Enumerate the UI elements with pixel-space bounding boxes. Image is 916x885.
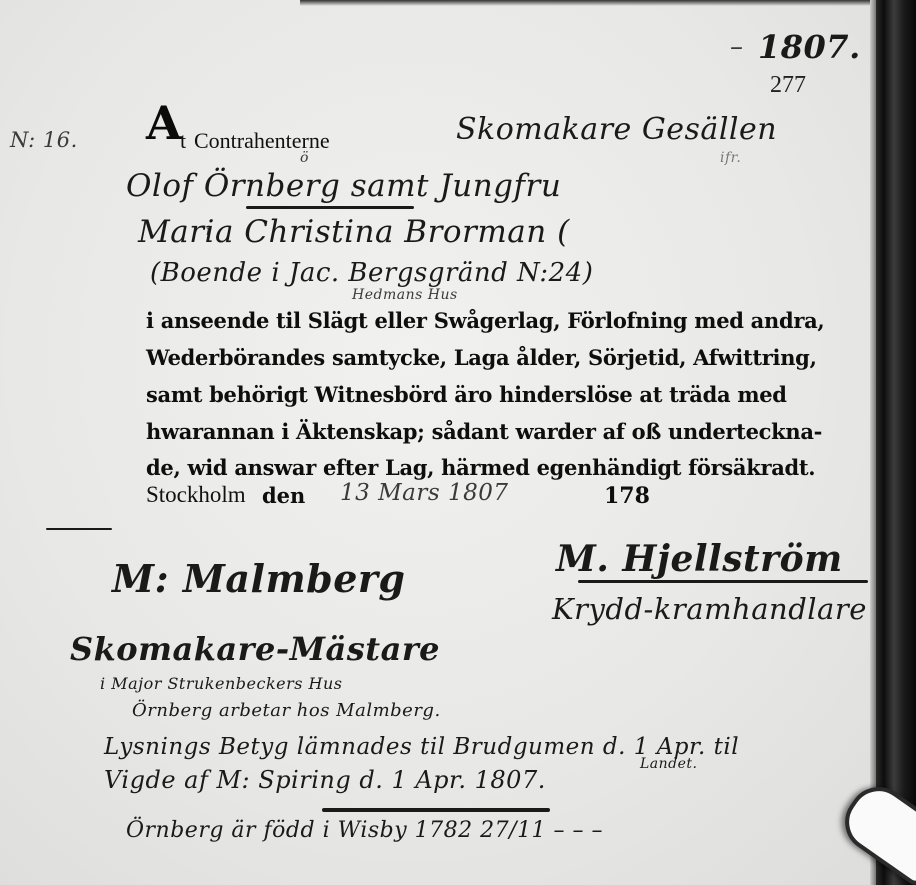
printed-den: den <box>262 483 305 508</box>
book-binding <box>876 0 916 885</box>
printed-body-line-1: i anseende til Slägt eller Swågerlag, Fö… <box>146 308 824 333</box>
initial-rest: t <box>180 128 186 154</box>
signature-hjellstrom-underline <box>578 580 868 583</box>
year-dash: – <box>730 32 744 62</box>
printed-body-line-5: de, wid answar efter Lag, härmed egenhän… <box>146 455 815 480</box>
page-number: 277 <box>770 72 806 99</box>
handwritten-date: 13 Mars 1807 <box>340 480 508 506</box>
faint-margin-mark: ifr. <box>720 150 741 166</box>
signature-malmberg-title: Skomakare-Mästare <box>70 630 440 668</box>
signature-malmberg: M: Malmberg <box>112 556 406 601</box>
bride-name-line: Maria Christina Brorman ( <box>138 214 570 250</box>
groom-occupation: Skomakare Gesällen <box>456 112 777 147</box>
printed-place: Stockholm <box>146 482 246 508</box>
entry-number: N: 16. <box>10 128 78 152</box>
decorative-initial: A <box>146 100 182 146</box>
residence-line: (Boende i Jac. Bergsgränd N:24) <box>150 258 593 288</box>
annotation-married: Vigde af M: Spiring d. 1 Apr. 1807. <box>104 766 546 794</box>
annotation-employment: Örnberg arbetar hos Malmberg. <box>132 700 441 721</box>
document-scan: – 1807. 277 N: 16. A t Contrahenterne Sk… <box>0 0 916 885</box>
surname-underline <box>246 206 414 209</box>
printed-body-line-3: samt behörigt Witnesbörd äro hinderslöse… <box>146 382 787 407</box>
signature-malmberg-address: i Major Strukenbeckers Hus <box>100 674 343 693</box>
groom-name-line: Olof Örnberg samt Jungfru <box>126 168 561 204</box>
residence-insert: Hedmans Hus <box>352 287 458 303</box>
annotation-birth: Örnberg är född i Wisby 1782 27/11 – – – <box>126 818 603 843</box>
signature-hjellstrom: M. Hjellström <box>556 538 843 580</box>
annotation-rule <box>322 808 550 812</box>
year-note: 1807. <box>758 28 861 66</box>
signature-hjellstrom-title: Krydd-kramhandlare <box>552 592 867 626</box>
surname-correction: ö <box>300 150 309 166</box>
printed-year-stub: 178 <box>604 483 650 509</box>
margin-dash <box>46 528 112 530</box>
annotation-banns-destination: Landet. <box>640 756 697 772</box>
printed-contrahenterne: Contrahenterne <box>194 128 330 154</box>
printed-body-line-2: Wederbörandes samtycke, Laga ålder, Sörj… <box>146 345 817 370</box>
printed-body-line-4: hwarannan i Äktenskap; sådant warder af … <box>146 419 822 444</box>
page-top-shadow <box>300 0 880 6</box>
